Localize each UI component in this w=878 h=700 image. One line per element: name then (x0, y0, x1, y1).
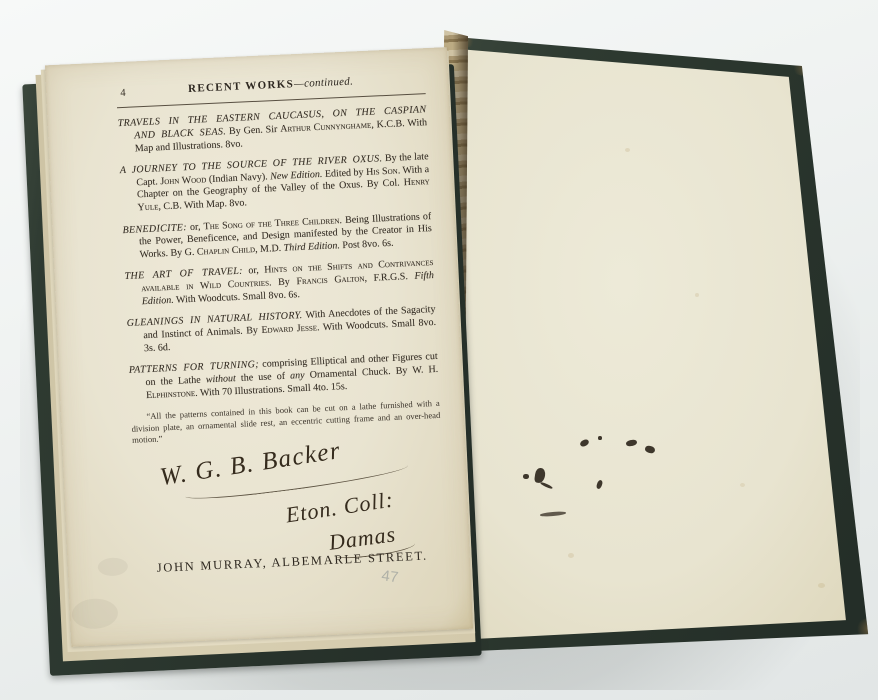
entry-segment: Chaplin Child (197, 244, 256, 258)
page-header: 4 RECENT WORKS—continued. (116, 72, 425, 101)
entry-segment: Francis Galton (296, 273, 365, 287)
entry-segment: or, (243, 265, 265, 277)
paper-smudge (71, 598, 118, 630)
entry-segment: , F.R.G.S. (364, 271, 415, 284)
entry-segment: Edward Jesse (261, 323, 317, 337)
foxing-spot (695, 293, 699, 297)
pencil-mark: 47 (381, 567, 400, 586)
entry-segment: Elphinstone (146, 388, 196, 401)
entry-segment: By (271, 277, 297, 289)
ink-smudge (625, 439, 637, 447)
ink-smudge (598, 436, 602, 440)
running-head-title: RECENT WORKS (188, 78, 294, 95)
entry-segment: Post 8vo. 6s. (340, 238, 394, 251)
entry-segment: any (290, 370, 305, 382)
entry-segment: , C.B. With Map. 8vo. (158, 198, 247, 213)
entry-segment: or, (187, 221, 204, 233)
catalogue-entry: BENEDICITE: or, The Song of the Three Ch… (122, 211, 432, 263)
ink-smudge (579, 438, 590, 448)
catalogue-entry: THE ART OF TRAVEL: or, Hints on the Shif… (124, 257, 434, 309)
ink-smudge (596, 479, 604, 489)
entry-segment: Edited by (322, 167, 366, 180)
entry-segment: John Wood (160, 174, 206, 187)
worn-corner (790, 58, 824, 76)
catalogue-entry: GLEANINGS IN NATURAL HISTORY. With Anecd… (127, 304, 437, 356)
ink-smudge (540, 511, 566, 517)
catalogue-entries: TRAVELS IN THE EASTERN CAUCASUS, ON THE … (117, 104, 439, 403)
entry-segment: New Edition. (270, 169, 323, 182)
foxing-spot (818, 583, 825, 588)
foxing-spot (740, 483, 745, 487)
book-photo: 4 RECENT WORKS—continued. TRAVELS IN THE… (0, 0, 878, 700)
running-head-continued: —continued. (294, 75, 354, 90)
ink-smudge (644, 445, 655, 454)
foxing-spot (860, 218, 868, 224)
ink-smudge (540, 481, 553, 489)
paper-smudge (97, 557, 128, 576)
catalogue-entry: PATTERNS FOR TURNING; comprising Ellipti… (129, 351, 439, 403)
footnote: “All the patterns contained in this book… (131, 398, 441, 447)
page-number: 4 (120, 88, 126, 99)
entry-segment: Arthur Cunnynghame (280, 119, 371, 134)
entry-segment: without (206, 373, 236, 385)
entry-segment: By Gen. Sir (226, 124, 281, 137)
entry-segment: the use of (236, 371, 291, 384)
page-content: 4 RECENT WORKS—continued. TRAVELS IN THE… (45, 47, 473, 647)
foxing-spot (770, 70, 777, 75)
advertisements-page: 4 RECENT WORKS—continued. TRAVELS IN THE… (45, 47, 473, 647)
entry-segment: , M.D. (255, 243, 284, 255)
foxing-spot (625, 148, 630, 152)
catalogue-entry: A JOURNEY TO THE SOURCE OF THE RIVER OXU… (120, 151, 431, 216)
ink-smudge (523, 474, 529, 479)
foxing-spot (568, 553, 574, 558)
entry-segment: His Son (366, 165, 398, 177)
catalogue-entry: TRAVELS IN THE EASTERN CAUCASUS, ON THE … (117, 104, 427, 156)
entry-segment: Third Edition. (283, 240, 340, 254)
